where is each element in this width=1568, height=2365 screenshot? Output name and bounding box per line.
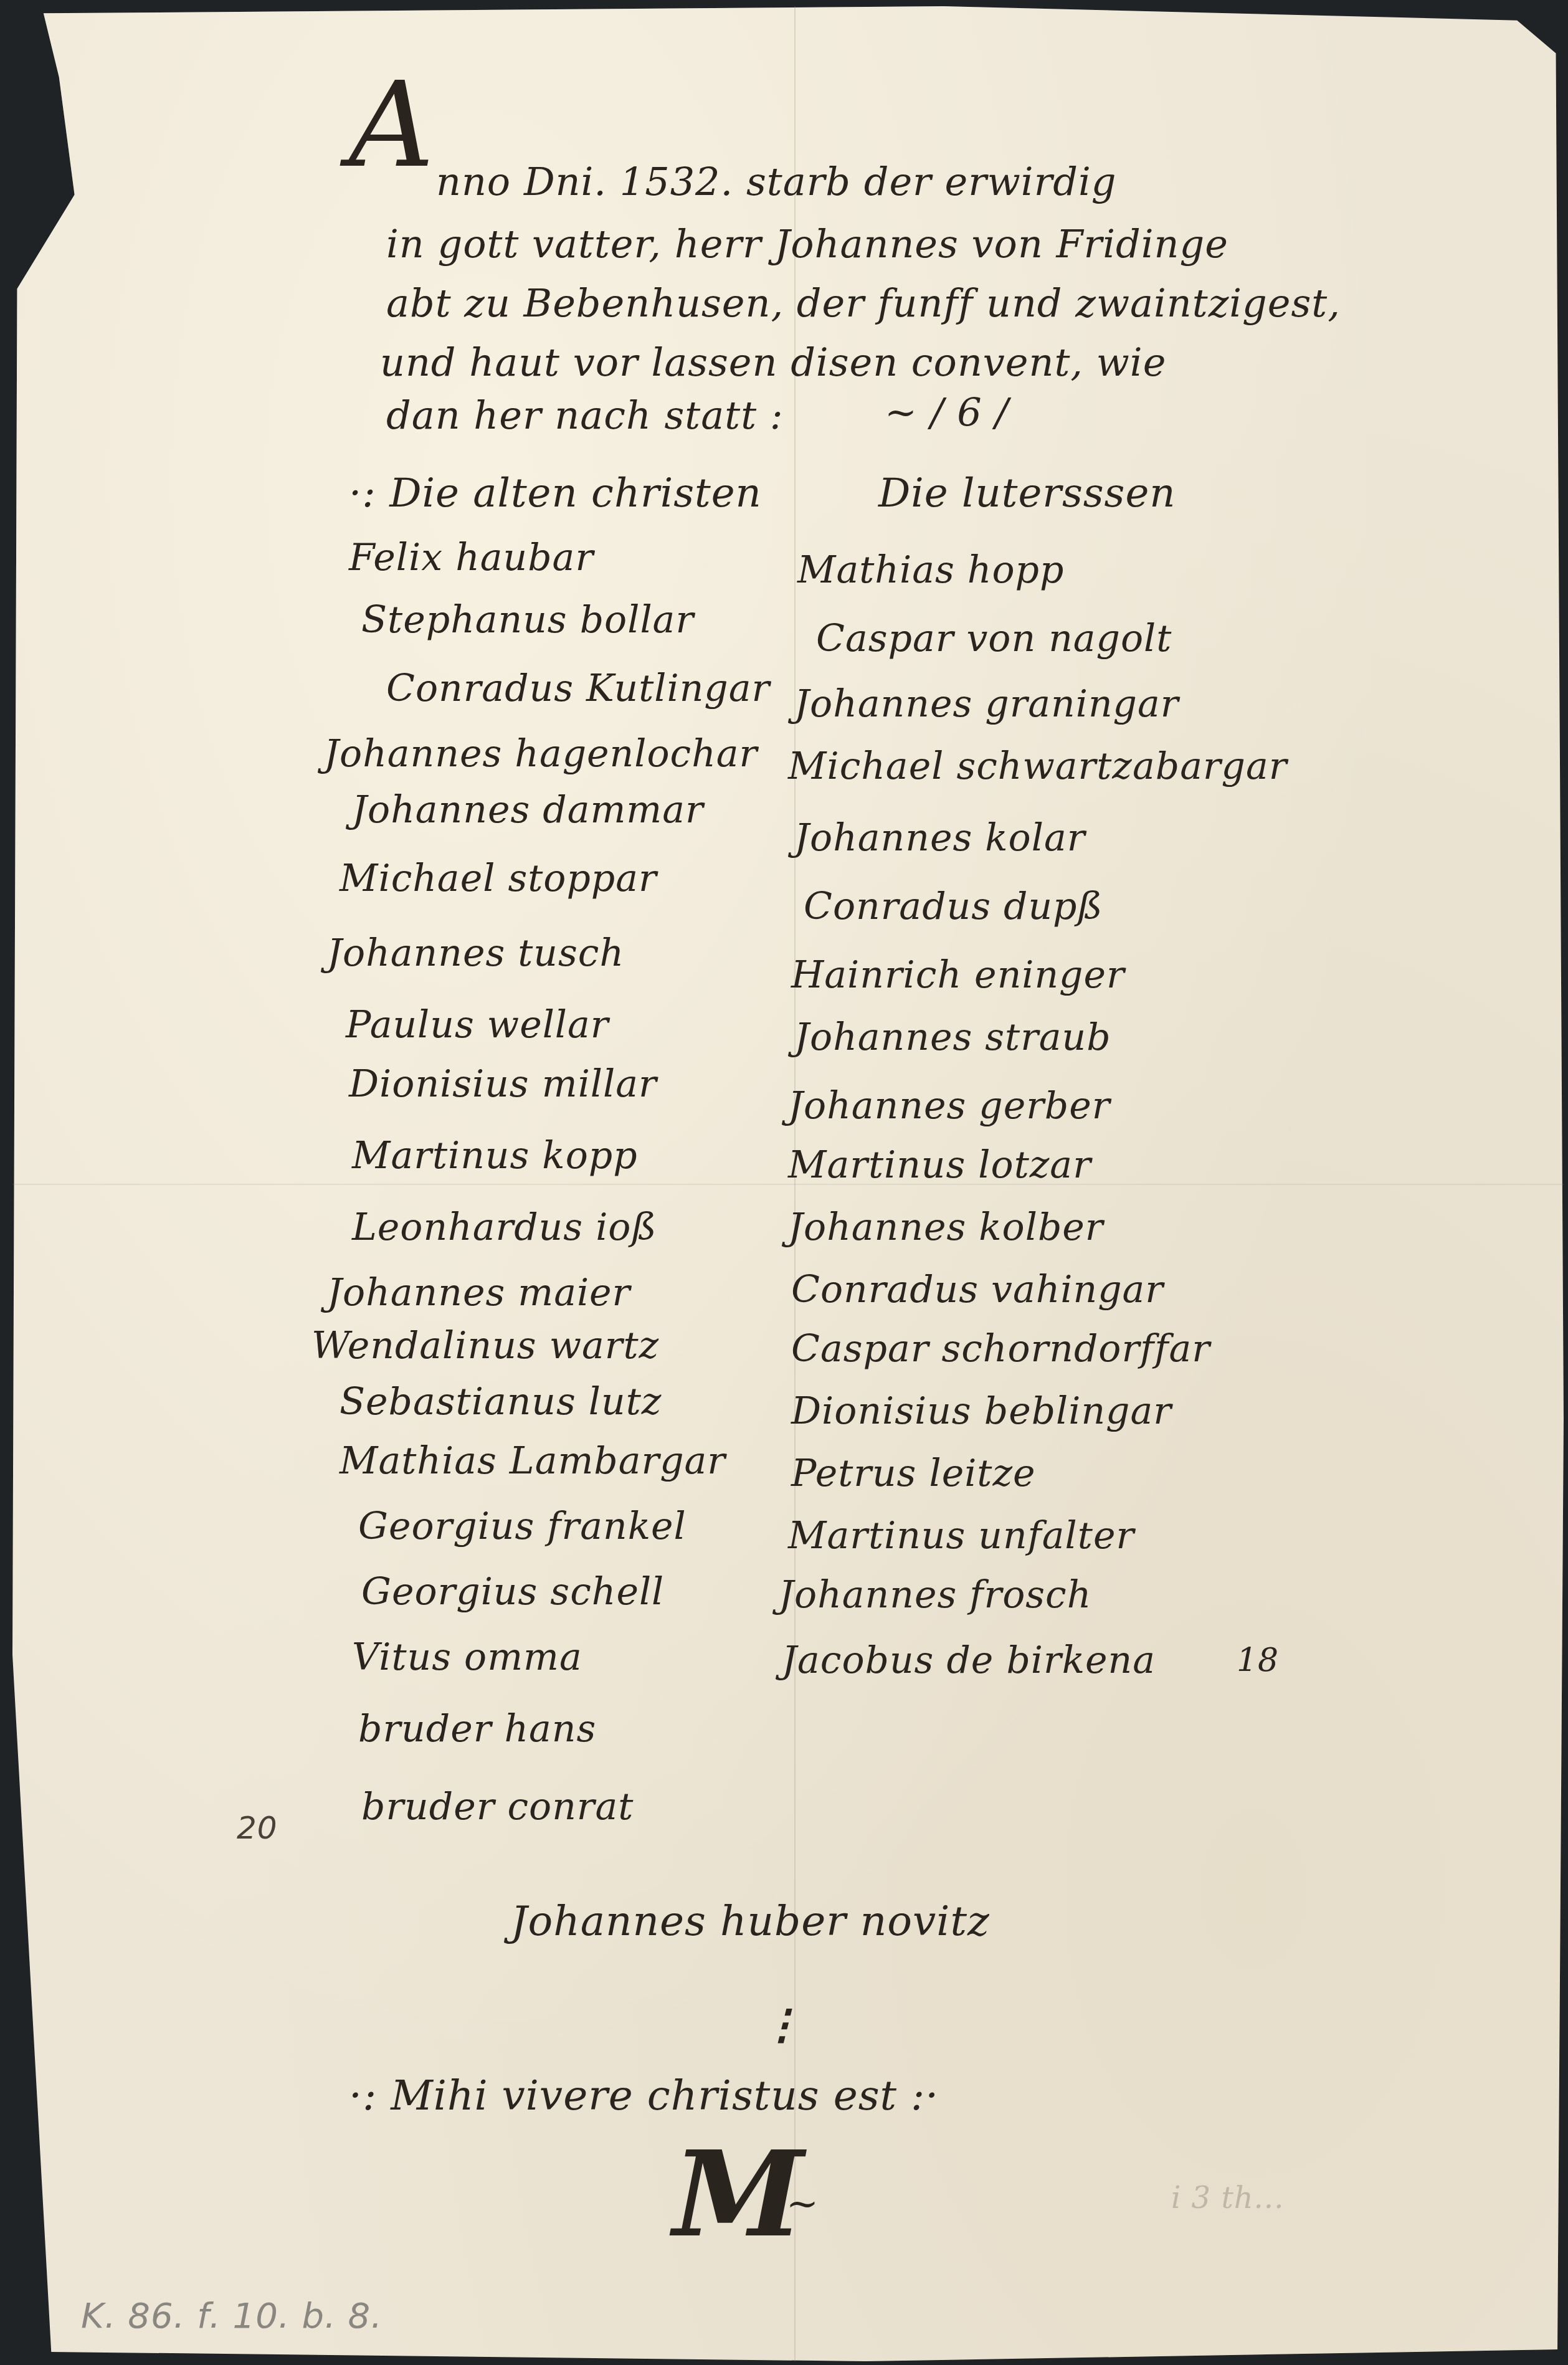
list-item: Conradus Kutlingar [386, 667, 770, 710]
list-item: Mathias Lambargar [340, 1439, 726, 1483]
decorated-initial: A [349, 56, 435, 194]
list-item: Wendalinus wartz [311, 1324, 659, 1368]
list-item: Georgius frankel [358, 1505, 687, 1548]
list-item: bruder conrat [361, 1785, 634, 1829]
list-item: Dionisius millar [349, 1062, 657, 1106]
list-item: Johannes frosch [779, 1573, 1091, 1617]
header-line-3: abt zu Bebenhusen, der funff und zwaintz… [386, 280, 1341, 326]
list-item: Jacobus de birkena [782, 1639, 1156, 1682]
list-item: Conradus dupß [804, 885, 1103, 928]
header-line-1: nno Dni. 1532. starb der erwirdig [436, 159, 1117, 204]
heading-lutherans: Die lutersssen [878, 470, 1176, 516]
list-item: Paulus wellar [346, 1003, 609, 1047]
novice-line: Johannes huber novitz [511, 1897, 990, 1945]
list-item: Leonhardus ioß [352, 1206, 657, 1249]
list-item: Caspar schorndorffar [791, 1327, 1210, 1371]
list-item: Johannes kolber [788, 1206, 1104, 1249]
list-item: Martinus lotzar [788, 1143, 1091, 1187]
left-count: 20 [237, 1810, 278, 1846]
list-item: Caspar von nagolt [816, 617, 1172, 660]
list-item: Stephanus bollar [361, 598, 694, 642]
list-item: Michael stoppar [340, 857, 657, 900]
header-line-2: in gott vatter, herr Johannes von Fridin… [386, 221, 1228, 267]
motto: ·: Mihi vivere christus est :· [349, 2072, 939, 2120]
header-line-5: dan her nach statt : [386, 393, 784, 438]
header-line-4: und haut vor lassen disen convent, wie [380, 340, 1166, 385]
faint-note: i 3 th... [1171, 2181, 1284, 2215]
list-item: Johannes gerber [788, 1084, 1110, 1128]
list-item: Hainrich eninger [791, 953, 1125, 997]
list-item: Martinus unfalter [788, 1514, 1134, 1558]
list-item: Johannes straub [794, 1016, 1111, 1059]
list-item: Michael schwartzabargar [788, 745, 1287, 788]
list-item: Sebastianus lutz [340, 1380, 662, 1424]
list-item: Johannes maier [327, 1271, 630, 1315]
list-item: Johannes kolar [794, 816, 1085, 860]
right-count: 18 [1237, 1642, 1279, 1679]
list-item: Georgius schell [361, 1570, 664, 1614]
list-item: Conradus vahingar [791, 1268, 1164, 1311]
shelfmark: K. 86. f. 10. b. 8. [81, 2296, 382, 2336]
divider-ornament: ⁝ [771, 1994, 790, 2059]
list-item: Petrus leitze [791, 1452, 1036, 1495]
flourish: ~ / 6 / [885, 389, 1009, 435]
list-item: bruder hans [358, 1707, 596, 1751]
list-item: Felix haubar [349, 536, 594, 579]
list-item: Mathias hopp [797, 548, 1064, 592]
heading-old-christians: ·: Die alten christen [349, 470, 762, 516]
list-item: Martinus kopp [352, 1134, 638, 1178]
monogram-suffix: :~ [772, 2181, 819, 2226]
list-item: Johannes dammar [352, 788, 704, 832]
list-item: Johannes tusch [327, 931, 624, 975]
list-item: Johannes graningar [794, 682, 1179, 726]
list-item: Dionisius beblingar [791, 1389, 1172, 1433]
list-item: Johannes hagenlochar [324, 732, 758, 776]
list-item: Vitus omma [352, 1635, 582, 1679]
